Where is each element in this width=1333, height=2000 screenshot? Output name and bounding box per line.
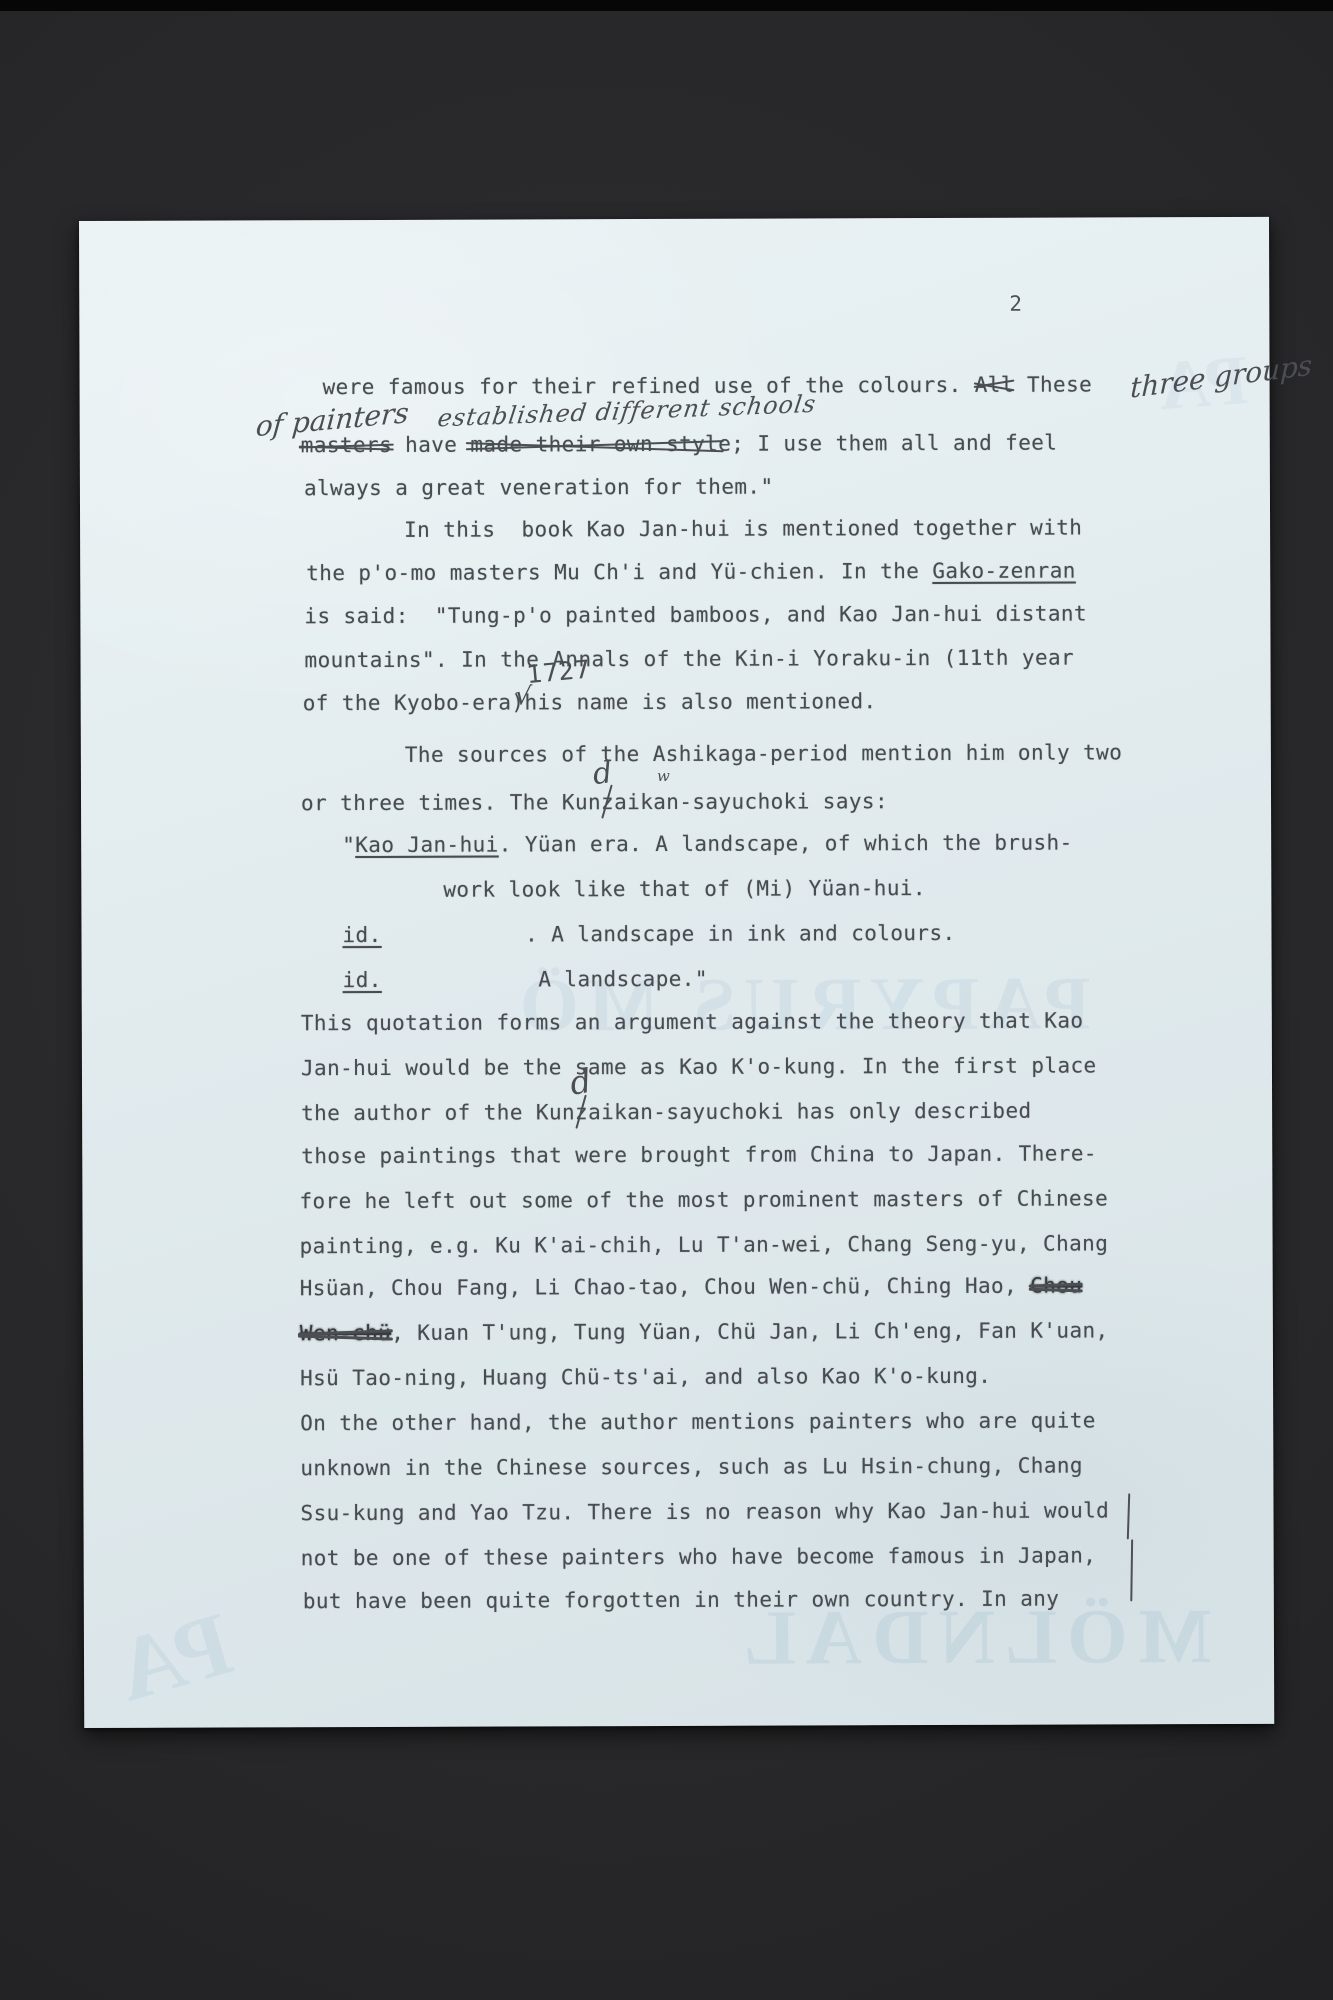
- hand-struck-char: z: [601, 792, 614, 813]
- typed-segment: Hsüan, Chou Fang, Li Chao-tao, Chou Wen-…: [300, 1274, 1031, 1301]
- typed-line: Hsü Tao-ning, Huang Chü-ts'ai, and also …: [300, 1366, 991, 1389]
- underlined-text: id.: [343, 968, 382, 992]
- typed-segment: his name is also mentioned.: [524, 689, 876, 714]
- typed-segment: the p'o-mo masters Mu Ch'i and Yü-chien.…: [306, 559, 932, 585]
- handwritten-caret-mark: √: [513, 683, 532, 711]
- struck-text: All: [975, 375, 1014, 396]
- ghost-showthrough-corner-left: PA: [108, 1599, 242, 1717]
- typed-line: unknown in the Chinese sources, such as …: [300, 1456, 1083, 1480]
- typed-segment: The sources of the Ashikaga-period menti…: [405, 740, 1122, 767]
- handwritten-insertion-three-groups: three groups: [1130, 351, 1313, 402]
- typed-segment: mountains". In the Annals of the Kin-i Y…: [304, 646, 1074, 673]
- typed-line: Jan-hui would be the same as Kao K'o-kun…: [301, 1055, 1097, 1079]
- typed-segment: or three times. The Kun: [301, 790, 601, 815]
- typed-segment: of the Kyobo-era): [303, 690, 525, 715]
- typed-segment: Hsü Tao-ning, Huang Chü-ts'ai, and also …: [300, 1364, 991, 1390]
- typed-segment: ": [342, 833, 355, 857]
- manuscript-page: PAPYRUS MÖ MÖLNDAL PA PA 2 were famous f…: [79, 217, 1274, 1728]
- typed-line: Wen-chü, Kuan T'ung, Tung Yüan, Chü Jan,…: [300, 1320, 1109, 1344]
- typed-segment: This quotation forms an argument against…: [301, 1008, 1084, 1035]
- typed-segment: always a great veneration for them.": [304, 475, 774, 501]
- typed-line: always a great veneration for them.": [304, 477, 774, 500]
- typed-segment: unknown in the Chinese sources, such as …: [300, 1454, 1083, 1481]
- typed-line: "Kao Jan-hui. Yüan era. A landscape, of …: [342, 833, 1073, 857]
- underlined-text: Gako-zenran: [932, 559, 1076, 584]
- typed-line: id. A landscape.": [343, 969, 708, 991]
- typed-line: is said: "Tung-p'o painted bamboos, and …: [304, 603, 1087, 627]
- typed-segment: A landscape.": [382, 967, 708, 992]
- typed-line: mountains". In the Annals of the Kin-i Y…: [304, 648, 1074, 672]
- typed-line: painting, e.g. Ku K'ai-chih, Lu T'an-wei…: [300, 1233, 1109, 1257]
- typed-segment: These: [1014, 372, 1092, 396]
- pen-stroke: [1127, 1493, 1131, 1539]
- typed-segment: e; I use them all and feel: [718, 431, 1057, 456]
- typed-segment: Ssu-kung and Yao Tzu. There is no reason…: [300, 1498, 1109, 1525]
- typed-segment: On the other hand, the author mentions p…: [300, 1408, 1096, 1435]
- typed-line: or three times. The Kunzaikan-sayuchoki …: [301, 791, 888, 814]
- typed-segment: Jan-hui would be the same as Kao K'o-kun…: [301, 1053, 1097, 1080]
- typed-segment: aikan-sayuchoki has only described: [588, 1099, 1032, 1125]
- page-number: 2: [1009, 292, 1022, 316]
- typed-segment: the author of the Kun: [301, 1100, 575, 1125]
- struck-text: Chou: [1030, 1276, 1082, 1297]
- typed-line: On the other hand, the author mentions p…: [300, 1410, 1096, 1434]
- typed-text: were famous for their refined use of the…: [79, 217, 1269, 221]
- typed-line: but have been quite forgotten in their o…: [303, 1589, 1060, 1613]
- typed-line: the p'o-mo masters Mu Ch'i and Yü-chien.…: [306, 561, 1076, 585]
- typed-segment: those paintings that were brought from C…: [301, 1141, 1097, 1168]
- underlined-text: Kao Jan-hui: [355, 833, 499, 858]
- typed-segment: have: [392, 433, 470, 457]
- typed-line: Ssu-kung and Yao Tzu. There is no reason…: [300, 1500, 1109, 1524]
- typed-line: of the Kyobo-era)his name is also mentio…: [303, 691, 877, 714]
- photo-backdrop: PAPYRUS MÖ MÖLNDAL PA PA 2 were famous f…: [0, 0, 1333, 2000]
- typed-line: the author of the Kunzaikan-sayuchoki ha…: [301, 1101, 1031, 1125]
- typed-line: id. . A landscape in ink and colours.: [342, 923, 955, 946]
- struck-text: masters: [301, 435, 392, 456]
- typed-segment: fore he left out some of the most promin…: [299, 1186, 1108, 1213]
- typed-segment: but have been quite forgotten in their o…: [303, 1587, 1060, 1614]
- typed-segment: . A landscape in ink and colours.: [382, 921, 956, 947]
- struck-text: Wen-chü: [300, 1323, 391, 1344]
- typed-segment: not be one of these painters who have be…: [301, 1543, 1097, 1570]
- typed-segment: , Kuan T'ung, Tung Yüan, Chü Jan, Li Ch'…: [391, 1318, 1108, 1345]
- typed-segment: . Yüan era. A landscape, of which the br…: [499, 831, 1073, 857]
- handwritten-year-1727: 1727: [526, 656, 592, 687]
- pen-stroke: [1130, 1539, 1133, 1601]
- typed-line: fore he left out some of the most promin…: [299, 1188, 1108, 1212]
- underlined-text: id.: [342, 923, 381, 947]
- typed-line: work look like that of (Mi) Yüan-hui.: [443, 878, 926, 901]
- typed-line: The sources of the Ashikaga-period menti…: [405, 742, 1122, 766]
- backdrop-top-edge: [0, 0, 1333, 11]
- handwritten-d-correction: d: [591, 758, 613, 790]
- typed-line: those paintings that were brought from C…: [301, 1143, 1097, 1167]
- typed-segment: In this book Kao Jan-hui is mentioned to…: [404, 515, 1082, 541]
- typed-segment: aikan-sayuchoki says:: [614, 789, 888, 814]
- typed-line: masters have made their own style; I use…: [301, 433, 1058, 457]
- typed-segment: work look like that of (Mi) Yüan-hui.: [443, 876, 926, 902]
- typed-line: Hsüan, Chou Fang, Li Chao-tao, Chou Wen-…: [300, 1276, 1083, 1300]
- struck-text: made their own styl: [470, 434, 718, 456]
- typed-segment: painting, e.g. Ku K'ai-chih, Lu T'an-wei…: [300, 1231, 1109, 1258]
- handwritten-small-mark: w: [657, 769, 670, 784]
- typed-line: not be one of these painters who have be…: [301, 1545, 1097, 1569]
- typed-line: This quotation forms an argument against…: [301, 1010, 1084, 1034]
- typed-line: In this book Kao Jan-hui is mentioned to…: [404, 517, 1082, 540]
- hand-struck-char: z: [575, 1102, 588, 1123]
- typed-segment: were famous for their refined use of the…: [323, 373, 975, 399]
- typed-segment: is said: "Tung-p'o painted bamboos, and …: [304, 601, 1087, 628]
